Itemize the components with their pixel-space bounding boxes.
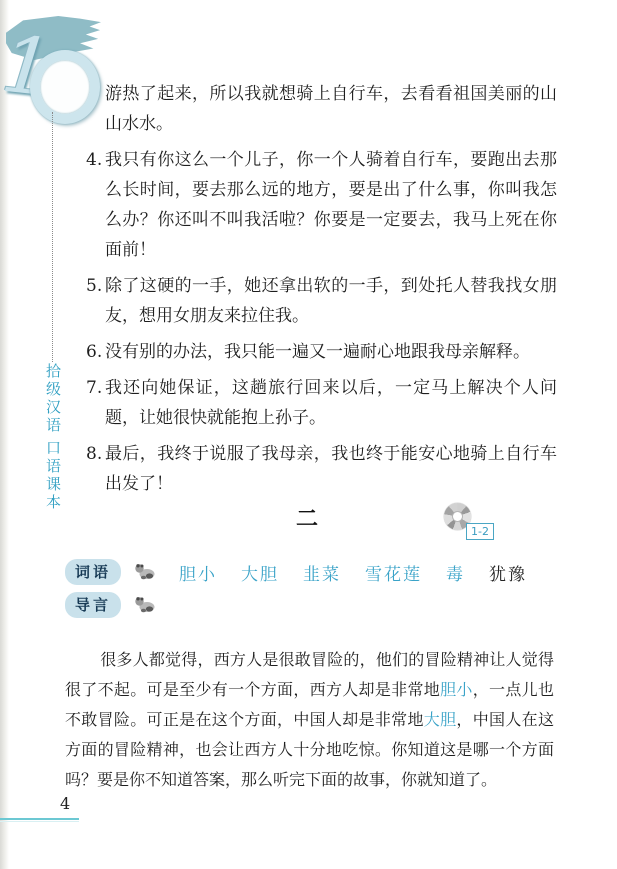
intro-section: 导言 (65, 592, 157, 618)
dialogue-item-text: 没有别的办法，我只能一遍又一遍耐心地跟我母亲解释。 (105, 342, 530, 362)
footer-rule (0, 818, 79, 820)
book-series-title: 拾级汉语 (43, 363, 64, 435)
textbook-page: 1 拾级汉语 口语课本 游热了起来，所以我就想骑上自行车，去看看祖国美丽的山山水… (0, 0, 617, 869)
intro-paragraph: 很多人都觉得，西方人是很敢冒险的，他们的冒险精神让人觉得很了不起。可是至少有一个… (65, 645, 554, 795)
book-subtitle: 口语课本 (43, 440, 64, 512)
dialogue-item: 6. 没有别的办法，我只能一遍又一遍耐心地跟我母亲解释。 (88, 337, 557, 367)
vocab-badge: 词语 (65, 559, 121, 585)
intro-highlight-word: 胆小 (440, 680, 473, 699)
dialogue-item-number: 6. (86, 337, 102, 367)
vertical-dotted-divider (52, 112, 53, 362)
dialogue-item-number: 4. (86, 145, 102, 175)
vocab-word: 韭菜 (303, 560, 341, 585)
dialogue-item: 5. 除了这硬的一手，她还拿出软的一手，到处托人替我找女朋友，想用女朋友来拉住我… (88, 271, 557, 331)
dialogue-item-text: 除了这硬的一手，她还拿出软的一手，到处托人替我找女朋友，想用女朋友来拉住我。 (105, 276, 557, 326)
dialogue-item: 4. 我只有你这么一个儿子，你一个人骑着自行车，要跑出去那么长时间，要去那么远的… (88, 145, 557, 265)
dialogue-item-number: 8. (86, 439, 102, 469)
dialogue-items: 4. 我只有你这么一个儿子，你一个人骑着自行车，要跑出去那么长时间，要去那么远的… (88, 145, 557, 499)
dialogue-item-number: 7. (86, 373, 102, 403)
vocab-word-list: 胆小大胆韭菜雪花莲毒犹豫 (179, 560, 527, 585)
vocab-word: 胆小 (179, 560, 217, 585)
page-number: 4 (60, 794, 70, 813)
dialogue-item-text: 我只有你这么一个儿子，你一个人骑着自行车，要跑出去那么长时间，要去那么远的地方，… (105, 150, 557, 260)
vocab-section: 词语 胆小大胆韭菜雪花莲毒犹豫 (65, 559, 527, 585)
mascot-icon (133, 562, 157, 582)
dialogue-item: 7. 我还向她保证，这趟旅行回来以后，一定马上解决个人问题，让她很快就能抱上孙子… (88, 373, 557, 433)
dialogue-list: 游热了起来，所以我就想骑上自行车，去看看祖国美丽的山山水水。 4. 我只有你这么… (88, 79, 557, 505)
footer-rule-shadow (0, 821, 79, 822)
vocab-word: 毒 (446, 560, 465, 585)
dialogue-item-text: 最后，我终于说服了我母亲，我也终于能安心地骑上自行车出发了！ (105, 444, 557, 494)
page-edge-shading (0, 0, 9, 869)
intro-badge: 导言 (65, 592, 121, 618)
dialogue-item-number: 5. (86, 271, 102, 301)
vocab-word: 雪花莲 (365, 560, 422, 585)
mascot-icon (133, 595, 157, 615)
intro-highlight-word: 大胆 (424, 710, 457, 729)
vocab-word: 大胆 (241, 560, 279, 585)
dialogue-item: 8. 最后，我终于说服了我母亲，我也终于能安心地骑上自行车出发了！ (88, 439, 557, 499)
cd-track-label: 1-2 (466, 523, 494, 540)
dialogue-item-text: 我还向她保证，这趟旅行回来以后，一定马上解决个人问题，让她很快就能抱上孙子。 (105, 378, 557, 428)
vocab-word: 犹豫 (489, 560, 527, 585)
dialogue-continuation: 游热了起来，所以我就想骑上自行车，去看看祖国美丽的山山水水。 (88, 79, 557, 139)
